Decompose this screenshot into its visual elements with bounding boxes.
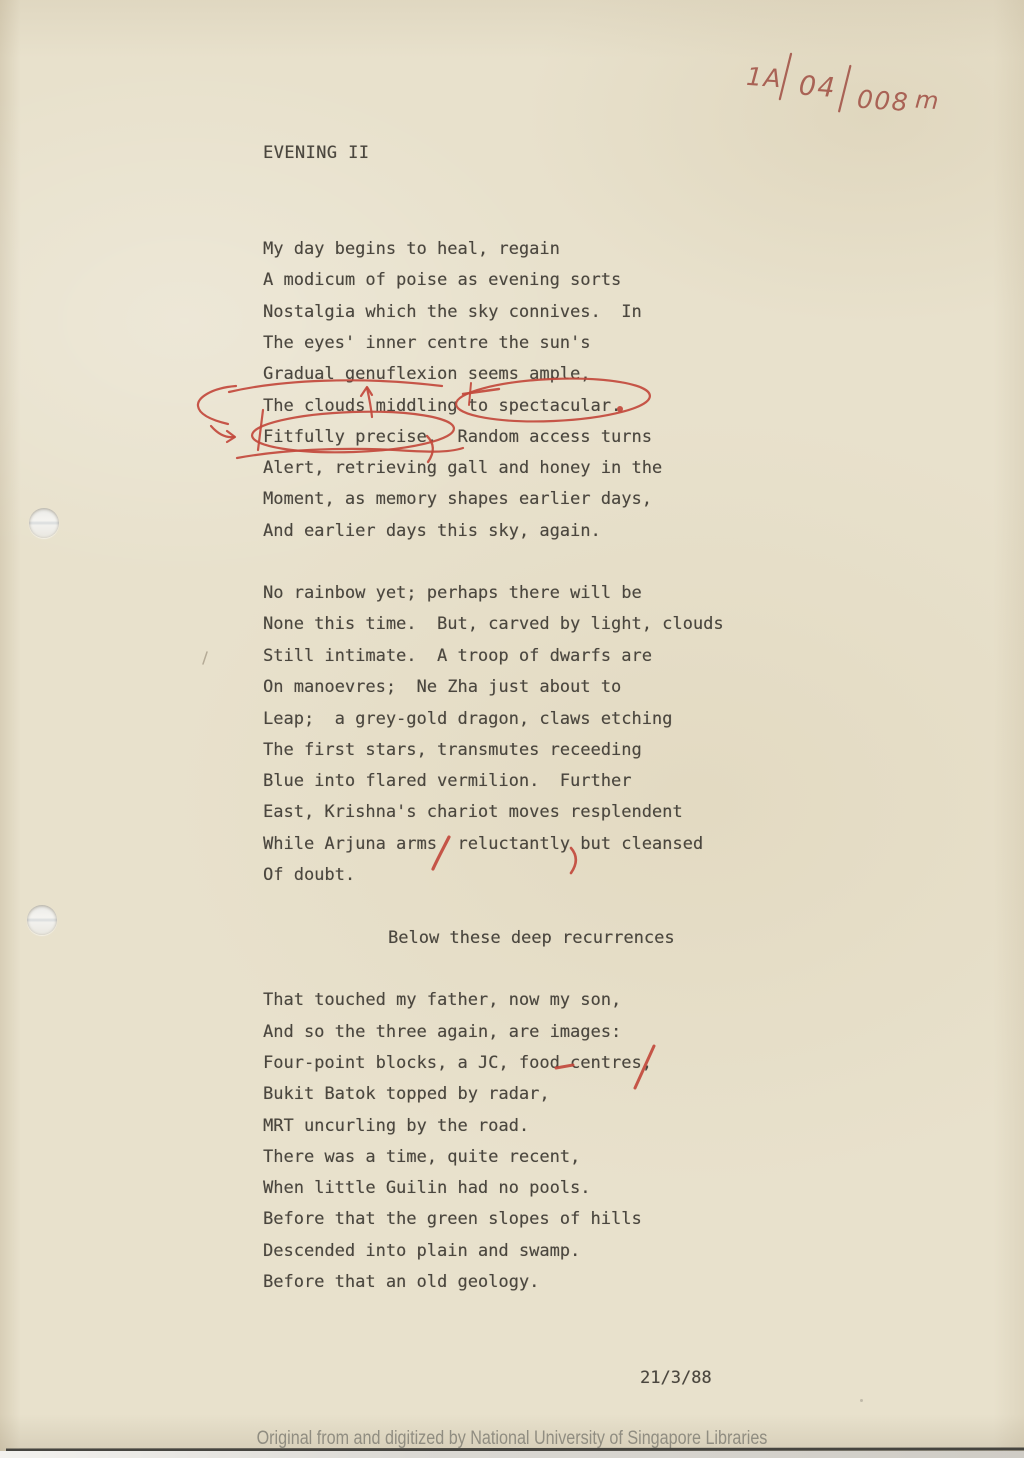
poem-interlude-line: Below these deep recurrences (388, 928, 675, 948)
page-title: EVENING II (263, 143, 369, 163)
poem-line: Four-point blocks, a JC, food centres, (263, 1053, 652, 1073)
poem-line: My day begins to heal, regain (263, 239, 560, 259)
poem-line: On manoevres; Ne Zha just about to (263, 677, 621, 697)
poem-line: The first stars, transmutes receeding (263, 740, 642, 760)
hole-punch-bottom (27, 905, 57, 935)
pencil-tick-mark (203, 652, 207, 664)
archive-code-part1: 1A (745, 62, 783, 93)
poem-line: Before that an old geology. (263, 1272, 539, 1292)
poem-line: There was a time, quite recent, (263, 1147, 580, 1167)
archive-code-separator (780, 53, 791, 99)
poem-line: Nostalgia which the sky connives. In (263, 302, 642, 322)
poem-line: A modicum of poise as evening sorts (263, 270, 621, 290)
poem-line: Before that the green slopes of hills (263, 1209, 642, 1229)
margin-arrow-annotation (227, 431, 235, 442)
poem-line: While Arjuna arms reluctantly but cleans… (263, 834, 703, 854)
poem-line: Blue into flared vermilion. Further (263, 771, 631, 791)
poem-line: East, Krishna's chariot moves resplenden… (263, 802, 683, 822)
poem-line: Fitfully precise. Random access turns (263, 427, 652, 447)
poem-line: That touched my father, now my son, (263, 990, 621, 1010)
underline-annotation (237, 448, 463, 458)
poem-line: Leap; a grey-gold dragon, claws etching (263, 709, 672, 729)
poem-line: Gradual genuflexion seems ample, (263, 364, 591, 384)
poem-line: Bukit Batok topped by radar, (263, 1084, 550, 1104)
poem-line: Moment, as memory shapes earlier days, (263, 489, 652, 509)
poem-line: Still intimate. A troop of dwarfs are (263, 646, 652, 666)
red-annotations-overlay (0, 0, 1024, 1458)
poem-line: No rainbow yet; perhaps there will be (263, 583, 642, 603)
poem-line: Alert, retrieving gall and honey in the (263, 458, 662, 478)
poem-line: The clouds middling to spectacular. (263, 396, 621, 416)
poem-date: 21/3/88 (640, 1368, 712, 1388)
paper-speck (860, 1399, 863, 1402)
poem-line: When little Guilin had no pools. (263, 1178, 591, 1198)
scan-edge-strip (0, 1451, 1024, 1458)
archive-code-separator (839, 65, 850, 111)
poem-line: And so the three again, are images: (263, 1022, 621, 1042)
poem-line: Of doubt. (263, 865, 355, 885)
insert-arrow-annotation (361, 387, 372, 396)
hole-punch-top (29, 508, 59, 538)
archive-code-suffix: m (914, 86, 941, 116)
poem-line: And earlier days this sky, again. (263, 521, 601, 541)
scanned-poem-page: EVENING II My day begins to heal, regain… (0, 0, 1024, 1458)
archive-code-handwriting: 1A 04 008 m (0, 0, 1024, 160)
poem-line: The eyes' inner centre the sun's (263, 333, 591, 353)
poem-line: None this time. But, carved by light, cl… (263, 614, 724, 634)
margin-bracket-annotation (198, 386, 236, 424)
poem-line: MRT uncurling by the road. (263, 1116, 529, 1136)
cross-stroke-annotation (463, 389, 499, 394)
archive-code-part3: 008 (856, 85, 910, 118)
poem-line: Descended into plain and swamp. (263, 1241, 580, 1261)
margin-arrow-annotation (211, 426, 234, 437)
archive-code-part2: 04 (798, 70, 837, 104)
